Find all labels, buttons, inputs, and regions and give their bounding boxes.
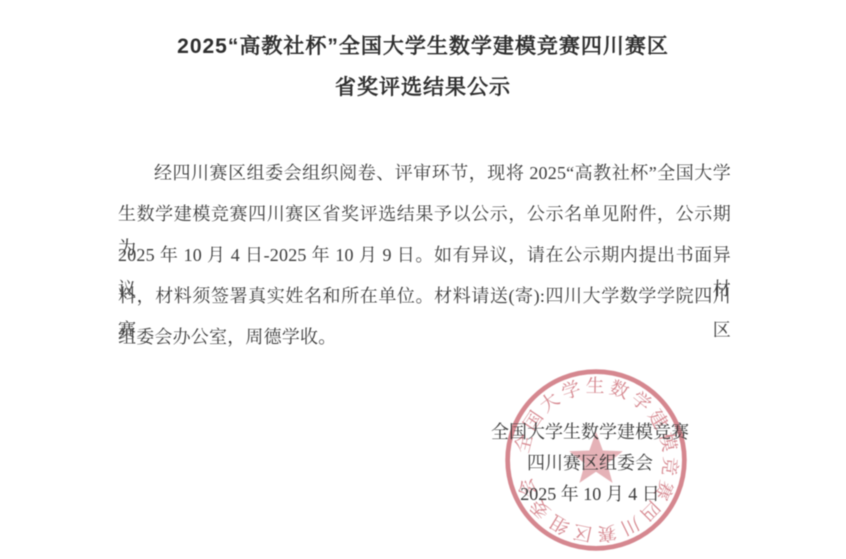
signature-date: 2025 年 10 月 4 日 [450, 479, 730, 510]
announcement-page: 2025“高教社杯”全国大学生数学建模竞赛四川赛区 省奖评选结果公示 经四川赛区… [0, 0, 846, 559]
document-title-line-2: 省奖评选结果公示 [0, 67, 846, 108]
body-line-4: 料，材料须签署真实姓名和所在单位。材料请送(寄):四川大学数学学院四川赛区 [118, 279, 731, 320]
signature-org-line-1: 全国大学生数学建模竞赛 [450, 417, 730, 448]
body-line-1: 经四川赛区组委会组织阅卷、评审环节，现将 2025“高教社杯”全国大学 [118, 156, 731, 197]
announcement-body: 经四川赛区组委会组织阅卷、评审环节，现将 2025“高教社杯”全国大学 生数学建… [118, 156, 731, 361]
scanned-document: 2025“高教社杯”全国大学生数学建模竞赛四川赛区 省奖评选结果公示 经四川赛区… [0, 0, 846, 559]
signature-block: 全国大学生数学建模竞赛 四川赛区组委会 2025 年 10 月 4 日 [450, 417, 730, 510]
signature-org-line-2: 四川赛区组委会 [450, 448, 730, 479]
document-title-line-1: 2025“高教社杯”全国大学生数学建模竞赛四川赛区 [0, 26, 846, 67]
document-title: 2025“高教社杯”全国大学生数学建模竞赛四川赛区 省奖评选结果公示 [0, 26, 846, 108]
body-line-3: 2025 年 10 月 4 日-2025 年 10 月 9 日。如有异议，请在公… [118, 238, 731, 279]
body-line-2: 生数学建模竞赛四川赛区省奖评选结果予以公示，公示名单见附件，公示期为 [118, 197, 731, 238]
